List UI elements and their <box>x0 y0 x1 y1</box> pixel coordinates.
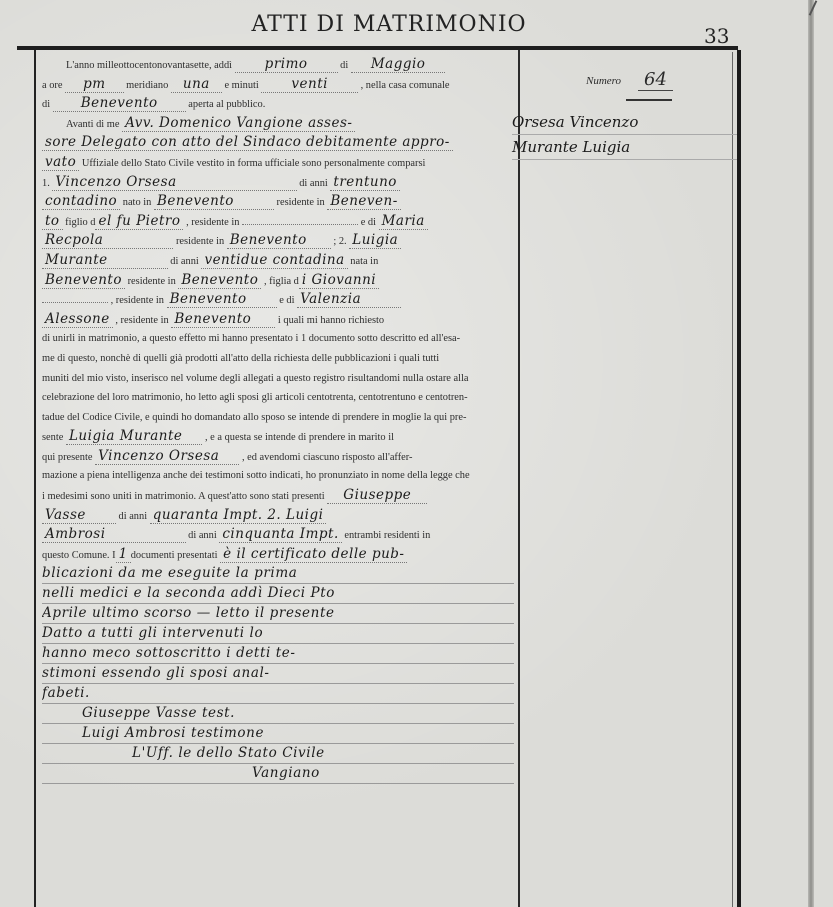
record-line-26: questo Comune. I1documenti presentati è … <box>42 545 514 565</box>
record-line-12: Benevento residente in Benevento , figli… <box>42 271 514 291</box>
handwritten-line: hanno meco sottoscritto i detti te- <box>42 644 514 664</box>
witness1-name-field: Giuseppe <box>327 487 427 504</box>
day-field: primo <box>235 56 338 73</box>
documents-field: è il certificato delle pub- <box>220 546 407 563</box>
bride-father-field: i Giovanni <box>299 272 379 289</box>
record-line-2: a ore pm meridiano una e minuti venti , … <box>42 75 514 95</box>
witness2-surname-field: Ambrosi <box>42 526 186 543</box>
groom-residence-field: Beneven- <box>327 193 400 210</box>
margin-names: Orsesa Vincenzo Murante Luigia <box>512 110 737 160</box>
record-line-21: qui presente Vincenzo Orsesa , ed avendo… <box>42 447 514 467</box>
signature-witness2: Luigi Ambrosi testimone <box>42 724 514 744</box>
groom-birthplace-field: Benevento <box>154 193 274 210</box>
frame-right-inner-border <box>732 52 733 907</box>
numero-value: 64 <box>638 69 673 91</box>
hour-field: una <box>171 76 222 93</box>
witness1-age-field: quaranta Impt. 2. Luigi <box>150 507 327 524</box>
groom-occupation-field: contadino <box>42 193 120 210</box>
signature-officer-title: L'Uff. le dello Stato Civile <box>42 744 514 764</box>
bride-name-field: Luigia <box>349 232 401 249</box>
bride-age-field: ventidue contadina <box>201 252 347 269</box>
officer-field: Avv. Domenico Vangione asses- <box>122 115 355 132</box>
record-paragraph-line: celebrazione del loro matrimonio, ho let… <box>42 388 514 408</box>
town-field: Benevento <box>53 95 186 112</box>
marriage-record-body: L'anno milleottocentonovantasette, addì … <box>42 55 514 784</box>
record-line-5: sore Delegato con atto del Sindaco debit… <box>42 133 514 153</box>
handwritten-line: stimoni essendo gli sposi anal- <box>42 664 514 684</box>
record-line-24: Vasse di anni quaranta Impt. 2. Luigi <box>42 506 514 526</box>
groom-age-field: trentuno <box>330 174 400 191</box>
margin-groom-name: Orsesa Vincenzo <box>512 110 737 135</box>
record-line-6: vato Uffiziale dello Stato Civile vestit… <box>42 153 514 173</box>
record-paragraph-line: tadue del Codice Civile, e quindi ho dom… <box>42 408 514 428</box>
record-line-20: sente Luigia Murante , e a questa se int… <box>42 427 514 447</box>
top-rule <box>17 46 462 50</box>
officer-delegation-field: sore Delegato con atto del Sindaco debit… <box>42 134 453 151</box>
handwritten-line: Datto a tutti gli intervenuti lo <box>42 624 514 644</box>
record-line-1: L'anno milleottocentonovantasette, addì … <box>42 55 514 75</box>
record-paragraph-line: me di questo, nonchè di quelli già prodo… <box>42 349 514 369</box>
signature-witness1: Giuseppe Vasse test. <box>42 704 514 724</box>
period-field: pm <box>65 76 123 93</box>
bride-mother-field: Valenzia <box>297 291 401 308</box>
record-line-13: , residente in Benevento e di Valenzia <box>42 290 514 310</box>
bride-full-name-field: Luigia Murante <box>66 428 202 445</box>
record-line-23: i medesimi sono uniti in matrimonio. A q… <box>42 486 514 506</box>
groom-father-field: el fu Pietro <box>95 213 183 230</box>
record-line-9: to figlio del fu Pietro , residente in e… <box>42 212 514 232</box>
frame-left-border <box>34 50 36 907</box>
frame-right-border <box>737 50 741 907</box>
page-title: ATTI DI MATRIMONIO <box>224 12 554 37</box>
witness2-age-field: cinquanta Impt. <box>219 526 341 543</box>
margin-bride-name: Murante Luigia <box>512 135 737 160</box>
record-line-3: di Benevento aperta al pubblico. <box>42 94 514 114</box>
handwritten-line: Aprile ultimo scorso — letto il presente <box>42 604 514 624</box>
record-line-25: Ambrosi di anni cinquanta Impt. entrambi… <box>42 525 514 545</box>
handwritten-line: fabeti. <box>42 684 514 704</box>
numero-label: Numero <box>586 75 621 87</box>
groom-father-residence-field <box>242 224 358 225</box>
record-paragraph-line: di unirli in matrimonio, a questo effett… <box>42 329 514 349</box>
record-line-22: mazione a piena intelligenza anche dei t… <box>42 466 514 486</box>
groom-name-field: Vincenzo Orsesa <box>52 174 296 191</box>
book-gutter <box>808 0 814 907</box>
numero-rule <box>626 99 672 101</box>
column-divider <box>518 50 520 907</box>
record-line-11: Murante di anni ventidue contadina nata … <box>42 251 514 271</box>
month-field: Maggio <box>351 56 446 73</box>
signature-officer-name: Vangiano <box>42 764 514 784</box>
record-line-14: Alessone , residente in Benevento i qual… <box>42 310 514 330</box>
record-line-10: Recpola residente in Benevento ; 2. Luig… <box>42 231 514 251</box>
groom-mother-field: Maria <box>379 213 428 230</box>
groom-full-name-field: Vincenzo Orsesa <box>95 448 239 465</box>
page-number: 33 <box>704 24 729 48</box>
minutes-field: venti <box>261 76 358 93</box>
record-paragraph-line: muniti del mio visto, inserisco nel volu… <box>42 369 514 389</box>
record-line-4: Avanti di me Avv. Domenico Vangione asse… <box>42 114 514 134</box>
handwritten-line: blicazioni da me eseguite la prima <box>42 564 514 584</box>
handwritten-line: nelli medici e la seconda addì Dieci Pto <box>42 584 514 604</box>
record-line-7: 1. Vincenzo Orsesa di anni trentuno <box>42 173 514 193</box>
top-rule-right <box>462 46 738 50</box>
register-page: ATTI DI MATRIMONIO 33 Numero 64 Orsesa V… <box>0 0 833 907</box>
record-line-8: contadino nato in Benevento residente in… <box>42 192 514 212</box>
